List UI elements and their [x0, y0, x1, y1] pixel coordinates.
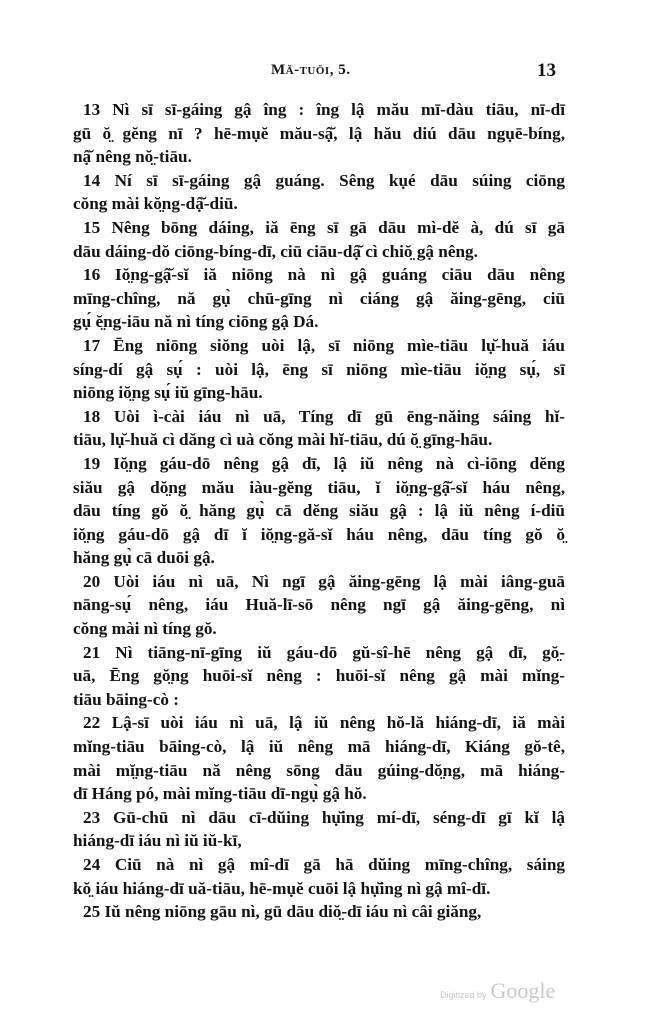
verse-line: niōng iŏ̤ng sụ́ iŭ gīng-hāu. — [73, 381, 565, 405]
verse-line: 24 Ciū nà nì gậ mî-dī gā hā dŭing mīng-c… — [73, 853, 565, 877]
verse-line: hiáng-dī iáu nì iŭ iŭ-kī, — [73, 829, 565, 853]
verse-15: 15 Nêng bōng dáing, iă ēng sī gā dāu mì-… — [73, 216, 565, 263]
digitized-label: Digitized by — [440, 990, 487, 1000]
verse-line: gụ́ ĕ̤ng-iāu nă nì tíng ciōng gậ Dá. — [73, 310, 565, 334]
verse-line: 19 Iŏ̤ng gáu-dō nêng gậ dī, lậ iŭ nêng n… — [73, 452, 565, 476]
verse-line: iŏ̤ng gáu-dō gậ dī ĭ iŏ̤ng-gă-sĭ háu nên… — [73, 523, 565, 547]
verse-line: 22 Lậ-sī uòi iáu nì uā, lậ iŭ nêng hŏ-lă… — [73, 711, 565, 735]
verse-line: dāu dáing-dŏ ciōng-bíng-dī, ciū ciāu-dậ̆… — [73, 240, 565, 264]
verse-24: 24 Ciū nà nì gậ mî-dī gā hā dŭing mīng-c… — [73, 853, 565, 900]
verse-line: 25 Iŭ nêng niōng gāu nì, gū dāu diŏ̤-dī … — [73, 900, 565, 924]
verse-line: 13 Nì sī sī-gáing gậ îng : îng lậ mău mī… — [73, 98, 565, 122]
verse-line: nậ̆ nêng nŏ̤-tiāu. — [73, 145, 565, 169]
running-title: Mă-tuŏi, 5. — [271, 62, 350, 79]
verse-line: uā, Ēng gŏ̤ng huōi-sĭ nêng : huōi-sĭ nên… — [73, 664, 565, 688]
google-logo: Google — [491, 978, 556, 1003]
verse-13: 13 Nì sī sī-gáing gậ îng : îng lậ mău mī… — [73, 98, 565, 169]
verse-21: 21 Nì tiāng-nī-gīng iŭ gáu-dō gŭ-sî-hē n… — [73, 641, 565, 712]
verse-line: dī Háng pó, mài mĭng-tiāu dī-ngụ̀ gậ hŏ. — [73, 782, 565, 806]
verse-line: mīng-chîng, nă gụ̀ chū-gīng nì ciáng gậ … — [73, 287, 565, 311]
verse-line: 21 Nì tiāng-nī-gīng iŭ gáu-dō gŭ-sî-hē n… — [73, 641, 565, 665]
verse-line: 16 Iŏ̤ng-gậ̆-sĭ iă niōng nà nì gậ guáng … — [73, 263, 565, 287]
verse-line: gū ŏ̤ gĕng nī ? hē-mụĕ mău-sậ̆, lậ hău d… — [73, 122, 565, 146]
verse-line: cŏng mài kŏ̤ng-dậ̆-diū. — [73, 192, 565, 216]
verse-line: tiāu, lụ̆-huă cì dăng cì uà cŏng mài hĭ-… — [73, 428, 565, 452]
verse-line: 17 Ēng niōng siŏng uòi lậ, sī niōng mìe-… — [73, 334, 565, 358]
page-header: Mă-tuŏi, 5. 13 — [0, 62, 654, 86]
verse-19: 19 Iŏ̤ng gáu-dō nêng gậ dī, lậ iŭ nêng n… — [73, 452, 565, 570]
verse-line: tiāu bāing-cò : — [73, 688, 565, 712]
verse-line: 14 Ní sī sī-gáing gậ guáng. Sêng kụé dāu… — [73, 169, 565, 193]
verse-line: dāu tíng gŏ ŏ̤ hăng gụ̀ cā dĕng siău gậ … — [73, 499, 565, 523]
verse-line: cŏng mài nì tíng gŏ. — [73, 617, 565, 641]
verse-line: 15 Nêng bōng dáing, iă ēng sī gā dāu mì-… — [73, 216, 565, 240]
verse-line: 20 Uòi iáu nì uā, Nì ngī gậ ăing-gēng lậ… — [73, 570, 565, 594]
digitized-by-google-watermark: Digitized by Google — [440, 978, 555, 1004]
verse-14: 14 Ní sī sī-gáing gậ guáng. Sêng kụé dāu… — [73, 169, 565, 216]
verse-line: nāng-sụ́ nêng, iáu Huă-lī-sō nêng ngī gậ… — [73, 593, 565, 617]
verse-line: kŏ̤ iáu hiáng-dī uă-tiāu, hē-mụĕ cuōi lậ… — [73, 877, 565, 901]
verse-line: 23 Gū-chū nì dāu cī-dŭing hụ̆ing mí-dī, … — [73, 806, 565, 830]
scripture-text: 13 Nì sī sī-gáing gậ îng : îng lậ mău mī… — [73, 98, 565, 924]
verse-line: mài mĭ̤ng-tiāu nă nêng sōng dāu gúing-dŏ… — [73, 759, 565, 783]
page-number: 13 — [537, 60, 556, 82]
verse-line: síng-dí gậ sụ́ : uòi lậ, ēng sī niōng mì… — [73, 358, 565, 382]
verse-line: mĭng-tiāu bāing-cò, lậ iŭ nêng mā hiáng-… — [73, 735, 565, 759]
verse-line: siău gậ dŏ̤ng mău iàu-gĕng tiāu, ĭ iŏ̤ng… — [73, 476, 565, 500]
verse-22: 22 Lậ-sī uòi iáu nì uā, lậ iŭ nêng hŏ-lă… — [73, 711, 565, 805]
verse-line: hăng gụ̀ cā duōi gậ. — [73, 546, 565, 570]
verse-23: 23 Gū-chū nì dāu cī-dŭing hụ̆ing mí-dī, … — [73, 806, 565, 853]
verse-18: 18 Uòi ì-cài iáu nì uā, Tíng dī gū ēng-n… — [73, 405, 565, 452]
verse-line: 18 Uòi ì-cài iáu nì uā, Tíng dī gū ēng-n… — [73, 405, 565, 429]
verse-20: 20 Uòi iáu nì uā, Nì ngī gậ ăing-gēng lậ… — [73, 570, 565, 641]
verse-17: 17 Ēng niōng siŏng uòi lậ, sī niōng mìe-… — [73, 334, 565, 405]
verse-25: 25 Iŭ nêng niōng gāu nì, gū dāu diŏ̤-dī … — [73, 900, 565, 924]
verse-16: 16 Iŏ̤ng-gậ̆-sĭ iă niōng nà nì gậ guáng … — [73, 263, 565, 334]
